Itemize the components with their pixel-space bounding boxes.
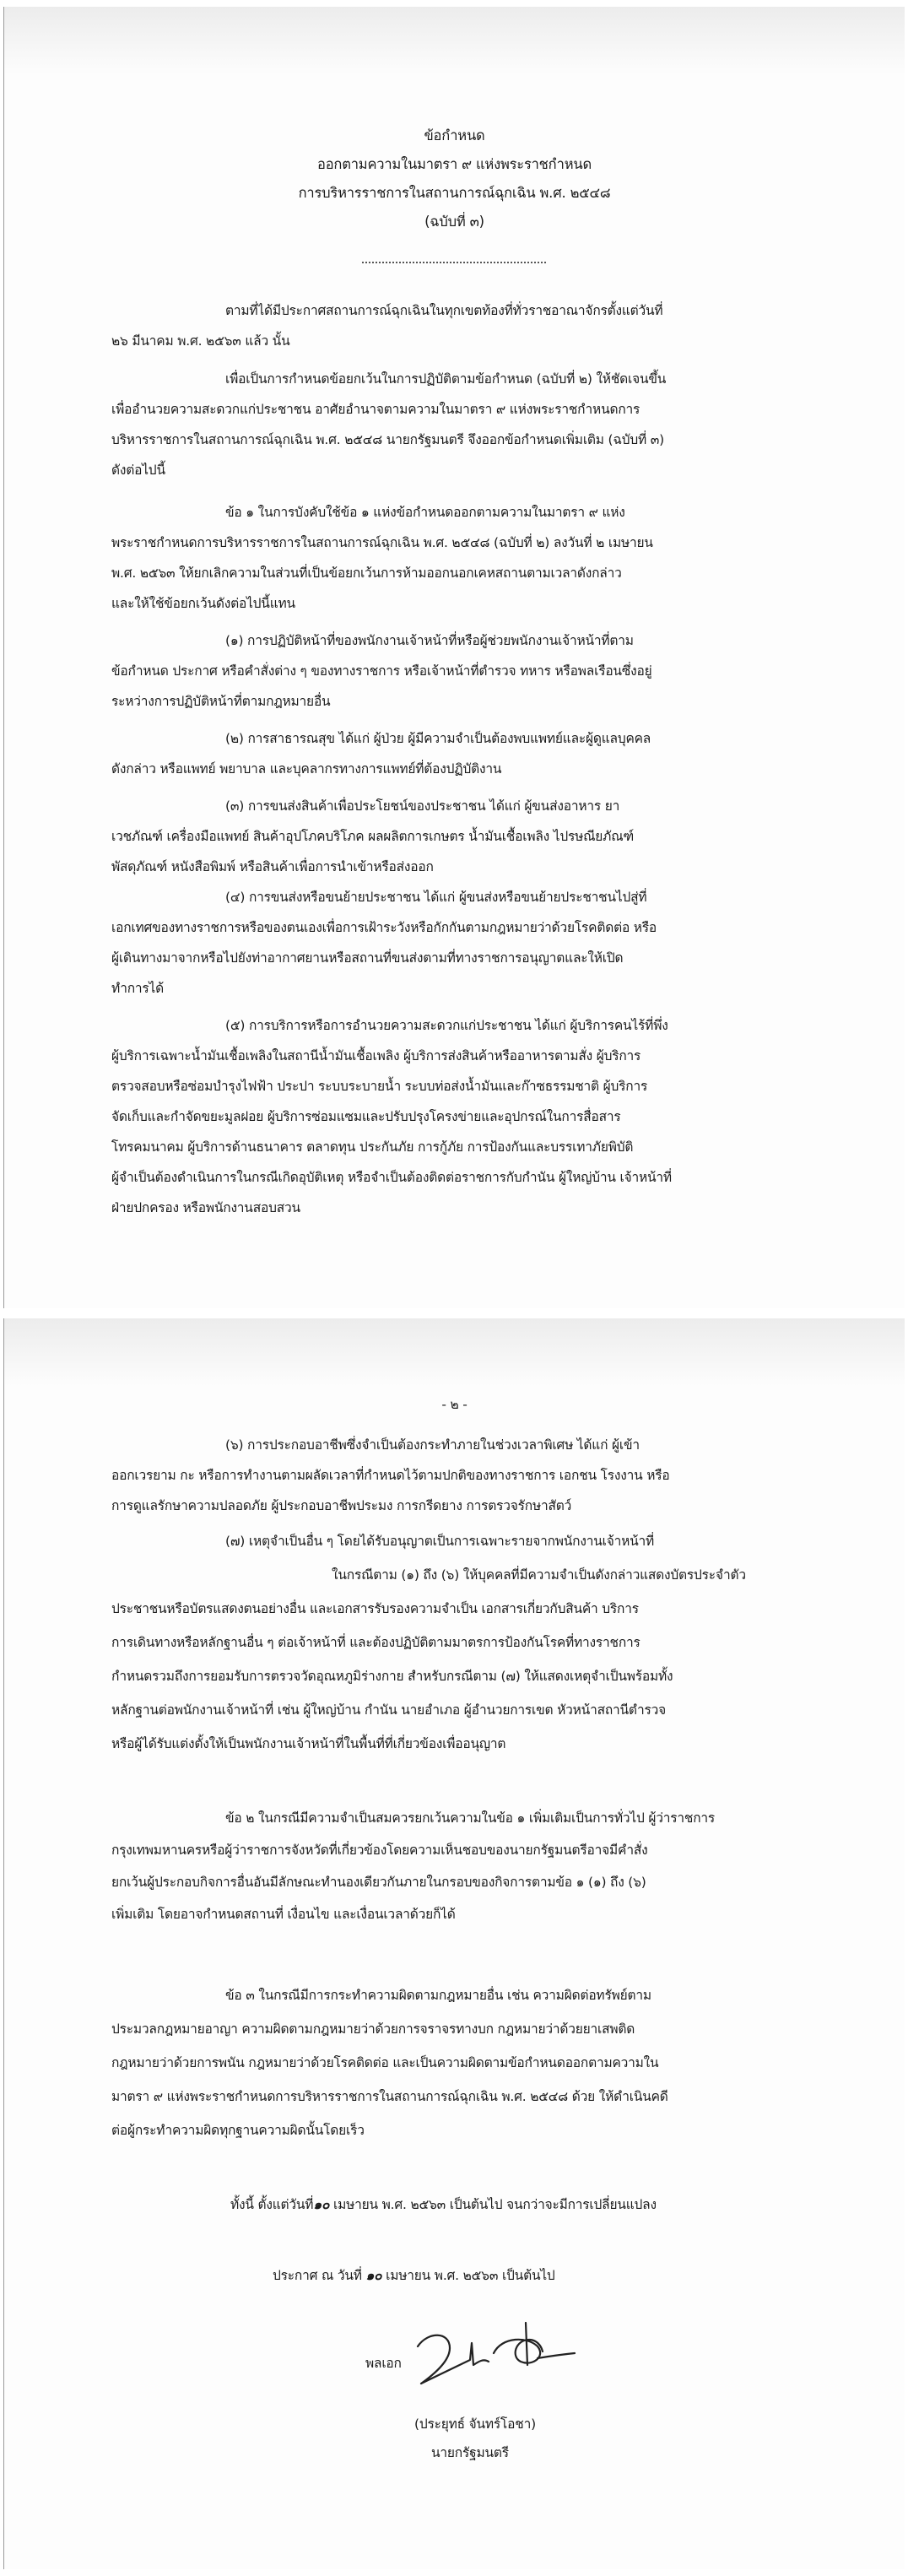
item-6-line: การดูแลรักษาความปลอดภัย ผู้ประกอบอาชีพปร… — [111, 1497, 571, 1514]
effective-day-handwritten: ๑๐ — [313, 2196, 329, 2212]
item-6-line: ออกเวรยาม กะ หรือการทำงานตามผลัดเวลาที่ก… — [111, 1467, 670, 1484]
document-page-2: - ๒ - (๖) การประกอบอาชีพซึ่งจำเป็นต้องกร… — [3, 1318, 905, 2569]
item-1-line: ระหว่างการปฏิบัติหน้าที่ตามกฎหมายอื่น — [111, 693, 330, 710]
item-5-line: โทรคมนาคม ผู้บริการด้านธนาคาร ตลาดทุน ปร… — [111, 1139, 633, 1155]
purpose-line: ดังต่อไปนี้ — [111, 462, 165, 479]
clause-2-line: ข้อ ๒ ในกรณีมีความจำเป็นสมควรยกเว้นความใ… — [225, 1810, 715, 1826]
clause-3-line: ต่อผู้กระทำความผิดทุกฐานความผิดนั้นโดยเร… — [111, 2122, 365, 2139]
signatory-title: นายกรัฐมนตรี — [431, 2444, 509, 2461]
item-3-line: เวชภัณฑ์ เครื่องมือแพทย์ สินค้าอุปโภคบริ… — [111, 828, 634, 845]
purpose-line: เพื่ออำนวยความสะดวกแก่ประชาชน อาศัยอำนาจ… — [111, 401, 640, 418]
purpose-line: เพื่อเป็นการกำหนดข้อยกเว้นในการปฏิบัติตา… — [225, 371, 666, 387]
item-3-line: (๓) การขนส่งสินค้าเพื่อประโยชน์ของประชาช… — [225, 798, 619, 814]
item-7-line: (๗) เหตุจำเป็นอื่น ๆ โดยได้รับอนุญาตเป็น… — [225, 1533, 654, 1550]
item-1-line: (๑) การปฏิบัติหน้าที่ของพนักงานเจ้าหน้าท… — [225, 632, 634, 649]
document-page-1: ข้อกำหนด ออกตามความในมาตรา ๙ แห่งพระราชก… — [3, 7, 905, 1308]
item-4-line: ทำการได้ — [111, 980, 164, 997]
item-5-line: (๕) การบริการหรือการอำนวยความสะดวกแก่ประ… — [225, 1017, 668, 1034]
effective-date-line: ทั้งนี้ ตั้งแต่วันที่๑๐ เมษายน พ.ศ. ๒๕๖๓… — [230, 2196, 657, 2213]
heading-line-3: การบริหารราชการในสถานการณ์ฉุกเฉิน พ.ศ. ๒… — [4, 185, 905, 202]
clause-3-line: มาตรา ๙ แห่งพระราชกำหนดการบริหารราชการใน… — [111, 2088, 668, 2105]
heading-divider — [362, 262, 546, 263]
item-4-line: ผู้เดินทางมาจากหรือไปยังท่าอากาศยานหรือส… — [111, 950, 623, 966]
heading-edition: (ฉบับที่ ๓) — [4, 214, 905, 230]
item-4-line: เอกเทศของทางราชการหรือของตนเองเพื่อการเฝ… — [111, 919, 657, 936]
signatory-name: (ประยุทธ์ จันทร์โอชา) — [414, 2416, 536, 2433]
id-requirement-line: กำหนดรวมถึงการยอมรับการตรวจวัดอุณหภูมิร่… — [111, 1668, 673, 1685]
clause-3-line: ประมวลกฎหมายอาญา ความผิดตามกฎหมายว่าด้วย… — [111, 2021, 635, 2038]
item-6-line: (๖) การประกอบอาชีพซึ่งจำเป็นต้องกระทำภาย… — [225, 1437, 640, 1453]
clause-2-line: ยกเว้นผู้ประกอบกิจการอื่นอันมีลักษณะทำนอ… — [111, 1874, 646, 1891]
preamble-line: ๒๖ มีนาคม พ.ศ. ๒๕๖๓ แล้ว นั้น — [111, 333, 289, 349]
announced-day-handwritten: ๑๐ — [366, 2267, 382, 2283]
signature-icon — [384, 2306, 586, 2399]
effective-text-after: เมษายน พ.ศ. ๒๕๖๓ เป็นต้นไป จนกว่าจะมีการ… — [333, 2197, 657, 2212]
heading-title: ข้อกำหนด — [4, 127, 905, 144]
heading-line-2: ออกตามความในมาตรา ๙ แห่งพระราชกำหนด — [4, 156, 905, 173]
clause-1-line: พระราชกำหนดการบริหารราชการในสถานการณ์ฉุก… — [111, 534, 653, 551]
clause-2-line: กรุงเทพมหานครหรือผู้ว่าราชการจังหวัดที่เ… — [111, 1842, 648, 1859]
item-5-line: ตรวจสอบหรือซ่อมบำรุงไฟฟ้า ประปา ระบบระบา… — [111, 1078, 647, 1095]
item-4-line: (๔) การขนส่งหรือขนย้ายประชาชน ได้แก่ ผู้… — [225, 889, 646, 906]
item-5-line: จัดเก็บและกำจัดขยะมูลฝอย ผู้บริการซ่อมแซ… — [111, 1108, 620, 1125]
clause-3-line: กฎหมายว่าด้วยการพนัน กฎหมายว่าด้วยโรคติด… — [111, 2054, 658, 2071]
clause-2-line: เพิ่มเติม โดยอาจกำหนดสถานที่ เงื่อนไข แล… — [111, 1906, 456, 1923]
page-number: - ๒ - — [4, 1396, 905, 1413]
item-2-line: (๒) การสาธารณสุข ได้แก่ ผู้ป่วย ผู้มีควา… — [225, 730, 651, 747]
id-requirement-line: ในกรณีตาม (๑) ถึง (๖) ให้บุคคลที่มีความจ… — [332, 1567, 746, 1583]
id-requirement-line: หรือผู้ได้รับแต่งตั้งให้เป็นพนักงานเจ้าห… — [111, 1735, 505, 1752]
preamble-line: ตามที่ได้มีประกาศสถานการณ์ฉุกเฉินในทุกเข… — [225, 302, 662, 319]
item-5-line: ผู้บริการเฉพาะน้ำมันเชื้อเพลิงในสถานีน้ำ… — [111, 1047, 640, 1064]
purpose-line: บริหารราชการในสถานการณ์ฉุกเฉิน พ.ศ. ๒๕๔๘… — [111, 431, 664, 448]
item-3-line: พัสดุภัณฑ์ หนังสือพิมพ์ หรือสินค้าเพื่อก… — [111, 858, 434, 875]
item-5-line: ผู้จำเป็นต้องดำเนินการในกรณีเกิดอุบัติเห… — [111, 1169, 672, 1186]
item-2-line: ดังกล่าว หรือแพทย์ พยาบาล และบุคลากรทางก… — [111, 760, 501, 777]
id-requirement-line: ประชาชนหรือบัตรแสดงตนอย่างอื่น และเอกสาร… — [111, 1600, 639, 1617]
clause-3-line: ข้อ ๓ ในกรณีมีการกระทำความผิดตามกฎหมายอื… — [225, 1987, 651, 2004]
item-5-line: ฝ่ายปกครอง หรือพนักงานสอบสวน — [111, 1199, 300, 1216]
item-1-line: ข้อกำหนด ประกาศ หรือคำสั่งต่าง ๆ ของทางร… — [111, 663, 652, 679]
id-requirement-line: การเดินทางหรือหลักฐานอื่น ๆ ต่อเจ้าหน้าท… — [111, 1634, 640, 1651]
id-requirement-line: หลักฐานต่อพนักงานเจ้าหน้าที่ เช่น ผู้ใหญ… — [111, 1702, 666, 1718]
announced-text-before: ประกาศ ณ วันที่ — [273, 2268, 362, 2283]
clause-1-line: พ.ศ. ๒๕๖๓ ให้ยกเลิกความในส่วนที่เป็นข้อย… — [111, 565, 622, 582]
clause-1-line: และให้ใช้ข้อยกเว้นดังต่อไปนี้แทน — [111, 595, 295, 612]
announced-date-line: ประกาศ ณ วันที่ ๑๐ เมษายน พ.ศ. ๒๕๖๓ เป็น… — [273, 2267, 555, 2284]
effective-text-before: ทั้งนี้ ตั้งแต่วันที่ — [230, 2197, 313, 2212]
clause-1-line: ข้อ ๑ ในการบังคับใช้ข้อ ๑ แห่งข้อกำหนดออ… — [225, 504, 625, 521]
announced-text-after: เมษายน พ.ศ. ๒๕๖๓ เป็นต้นไป — [386, 2268, 554, 2283]
